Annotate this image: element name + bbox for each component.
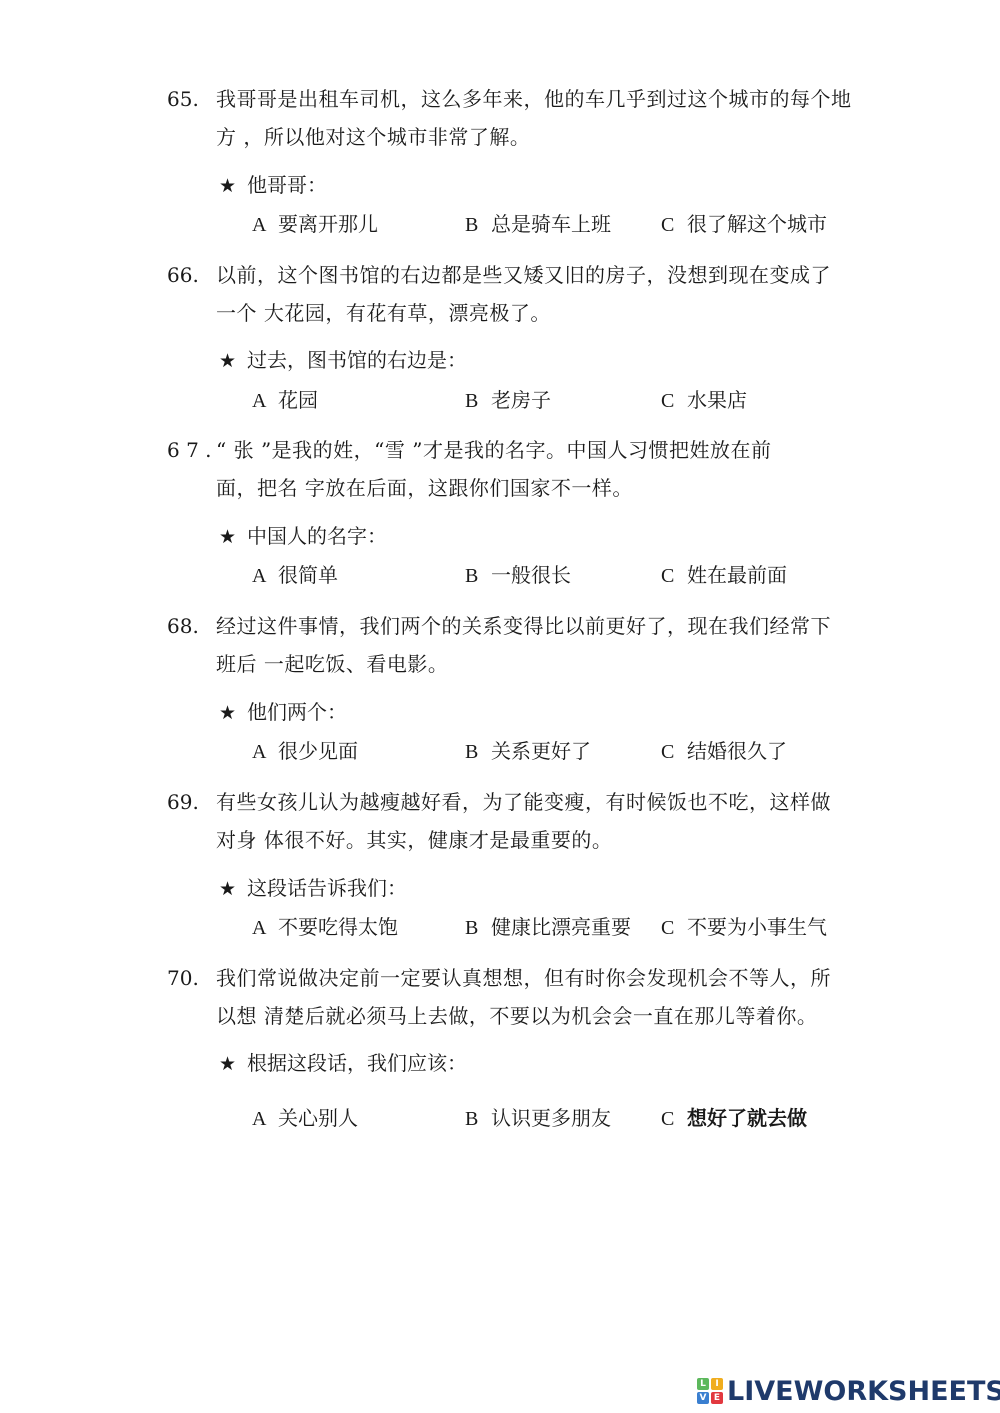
question-text-line-2: 方 ，所以他对这个城市非常了解。 (216, 125, 530, 149)
question-text-line-2: 班后 一起吃饭、看电影。 (216, 652, 448, 676)
option-a[interactable]: A要离开那儿 (252, 212, 378, 237)
question-prompt: ★根据这段话，我们应该： (219, 1051, 467, 1076)
question-number: 6 7 . (167, 438, 212, 462)
prompt-text: 这段话告诉我们： (247, 876, 407, 900)
question-number: 70. (167, 966, 199, 990)
option-label: 姓在最前面 (687, 563, 787, 587)
logo-tile-v: V (697, 1392, 709, 1404)
question-prompt: ★过去，图书馆的右边是： (219, 348, 467, 373)
prompt-text: 中国人的名字： (247, 524, 387, 548)
prompt-text: 过去，图书馆的右边是： (247, 348, 467, 372)
option-letter: A (252, 564, 278, 588)
option-label: 水果店 (687, 388, 747, 412)
option-label: 不要为小事生气 (687, 915, 827, 939)
option-letter: A (252, 916, 278, 940)
question-number: 66. (167, 263, 199, 287)
question-number: 69. (167, 790, 199, 814)
question-text-line-2: 一个 大花园，有花有草，漂亮极了。 (216, 301, 551, 325)
question-prompt: ★他哥哥： (219, 173, 327, 198)
option-a[interactable]: A不要吃得太饱 (252, 915, 398, 940)
option-b[interactable]: B健康比漂亮重要 (465, 915, 631, 940)
option-letter: A (252, 389, 278, 413)
star-icon: ★ (219, 877, 247, 901)
option-label: 老房子 (491, 388, 551, 412)
question-text-line-1: “ 张 ”是我的姓，“雪 ”才是我的名字。中国人习惯把姓放在前 (216, 438, 771, 462)
option-b[interactable]: B总是骑车上班 (465, 212, 611, 237)
option-label: 很了解这个城市 (687, 212, 827, 236)
option-label: 一般很长 (491, 563, 571, 587)
star-icon: ★ (219, 1052, 247, 1076)
option-letter: B (465, 389, 491, 413)
option-letter: C (661, 740, 687, 764)
option-letter: C (661, 213, 687, 237)
prompt-text: 他们两个： (247, 700, 347, 724)
option-c[interactable]: C很了解这个城市 (661, 212, 827, 237)
option-b[interactable]: B关系更好了 (465, 739, 591, 764)
option-letter: C (661, 916, 687, 940)
option-label: 想好了就去做 (687, 1106, 807, 1130)
star-icon: ★ (219, 701, 247, 725)
logo-tile-l: L (697, 1378, 709, 1390)
question-number: 65. (167, 87, 199, 111)
option-a[interactable]: A很少见面 (252, 739, 358, 764)
option-c[interactable]: C想好了就去做 (661, 1106, 807, 1131)
prompt-text: 他哥哥： (247, 173, 327, 197)
question-text-line-2: 面，把名 字放在后面，这跟你们国家不一样。 (216, 476, 633, 500)
option-a[interactable]: A关心别人 (252, 1106, 358, 1131)
question-number: 68. (167, 614, 199, 638)
option-label: 认识更多朋友 (491, 1106, 611, 1130)
prompt-text: 根据这段话，我们应该： (247, 1051, 467, 1075)
option-a[interactable]: A花园 (252, 388, 318, 413)
option-c[interactable]: C水果店 (661, 388, 747, 413)
question-text-line-2: 以想 清楚后就必须马上去做，不要以为机会会一直在那儿等着你。 (216, 1004, 817, 1028)
option-label: 不要吃得太饱 (278, 915, 398, 939)
logo-tiles-icon: L I V E (697, 1378, 723, 1404)
question-prompt: ★中国人的名字： (219, 524, 387, 549)
option-letter: C (661, 1107, 687, 1131)
option-label: 总是骑车上班 (491, 212, 611, 236)
option-label: 花园 (278, 388, 318, 412)
question-text-line-1: 我们常说做决定前一定要认真想想，但有时你会发现机会不等人，所 (216, 966, 831, 990)
option-letter: B (465, 1107, 491, 1131)
option-letter: A (252, 740, 278, 764)
question-text-line-2: 对身 体很不好。其实，健康才是最重要的。 (216, 828, 612, 852)
option-c[interactable]: C结婚很久了 (661, 739, 787, 764)
question-text-line-1: 以前，这个图书馆的右边都是些又矮又旧的房子，没想到现在变成了 (216, 263, 831, 287)
option-letter: A (252, 1107, 278, 1131)
option-letter: B (465, 564, 491, 588)
logo-text: LIVEWORKSHEETS (727, 1376, 1000, 1407)
question-text-line-1: 我哥哥是出租车司机，这么多年来，他的车几乎到过这个城市的每个地 (216, 87, 852, 111)
option-b[interactable]: B认识更多朋友 (465, 1106, 611, 1131)
option-b[interactable]: B老房子 (465, 388, 551, 413)
question-text-line-1: 有些女孩儿认为越瘦越好看，为了能变瘦，有时候饭也不吃，这样做 (216, 790, 831, 814)
option-label: 要离开那儿 (278, 212, 378, 236)
option-letter: B (465, 213, 491, 237)
option-letter: B (465, 916, 491, 940)
option-letter: C (661, 564, 687, 588)
logo-tile-e: E (711, 1392, 723, 1404)
option-label: 结婚很久了 (687, 739, 787, 763)
logo-tile-i: I (711, 1378, 723, 1390)
star-icon: ★ (219, 525, 247, 549)
option-a[interactable]: A很简单 (252, 563, 338, 588)
option-label: 很少见面 (278, 739, 358, 763)
option-b[interactable]: B一般很长 (465, 563, 571, 588)
option-label: 健康比漂亮重要 (491, 915, 631, 939)
option-letter: A (252, 213, 278, 237)
option-c[interactable]: C不要为小事生气 (661, 915, 827, 940)
question-text-line-1: 经过这件事情，我们两个的关系变得比以前更好了，现在我们经常下 (216, 614, 831, 638)
question-prompt: ★这段话告诉我们： (219, 876, 407, 901)
star-icon: ★ (219, 174, 247, 198)
option-label: 关心别人 (278, 1106, 358, 1130)
option-letter: B (465, 740, 491, 764)
star-icon: ★ (219, 349, 247, 373)
option-c[interactable]: C姓在最前面 (661, 563, 787, 588)
liveworksheets-logo: L I V E LIVEWORKSHEETS (697, 1376, 1000, 1406)
option-label: 关系更好了 (491, 739, 591, 763)
option-label: 很简单 (278, 563, 338, 587)
question-prompt: ★他们两个： (219, 700, 347, 725)
option-letter: C (661, 389, 687, 413)
